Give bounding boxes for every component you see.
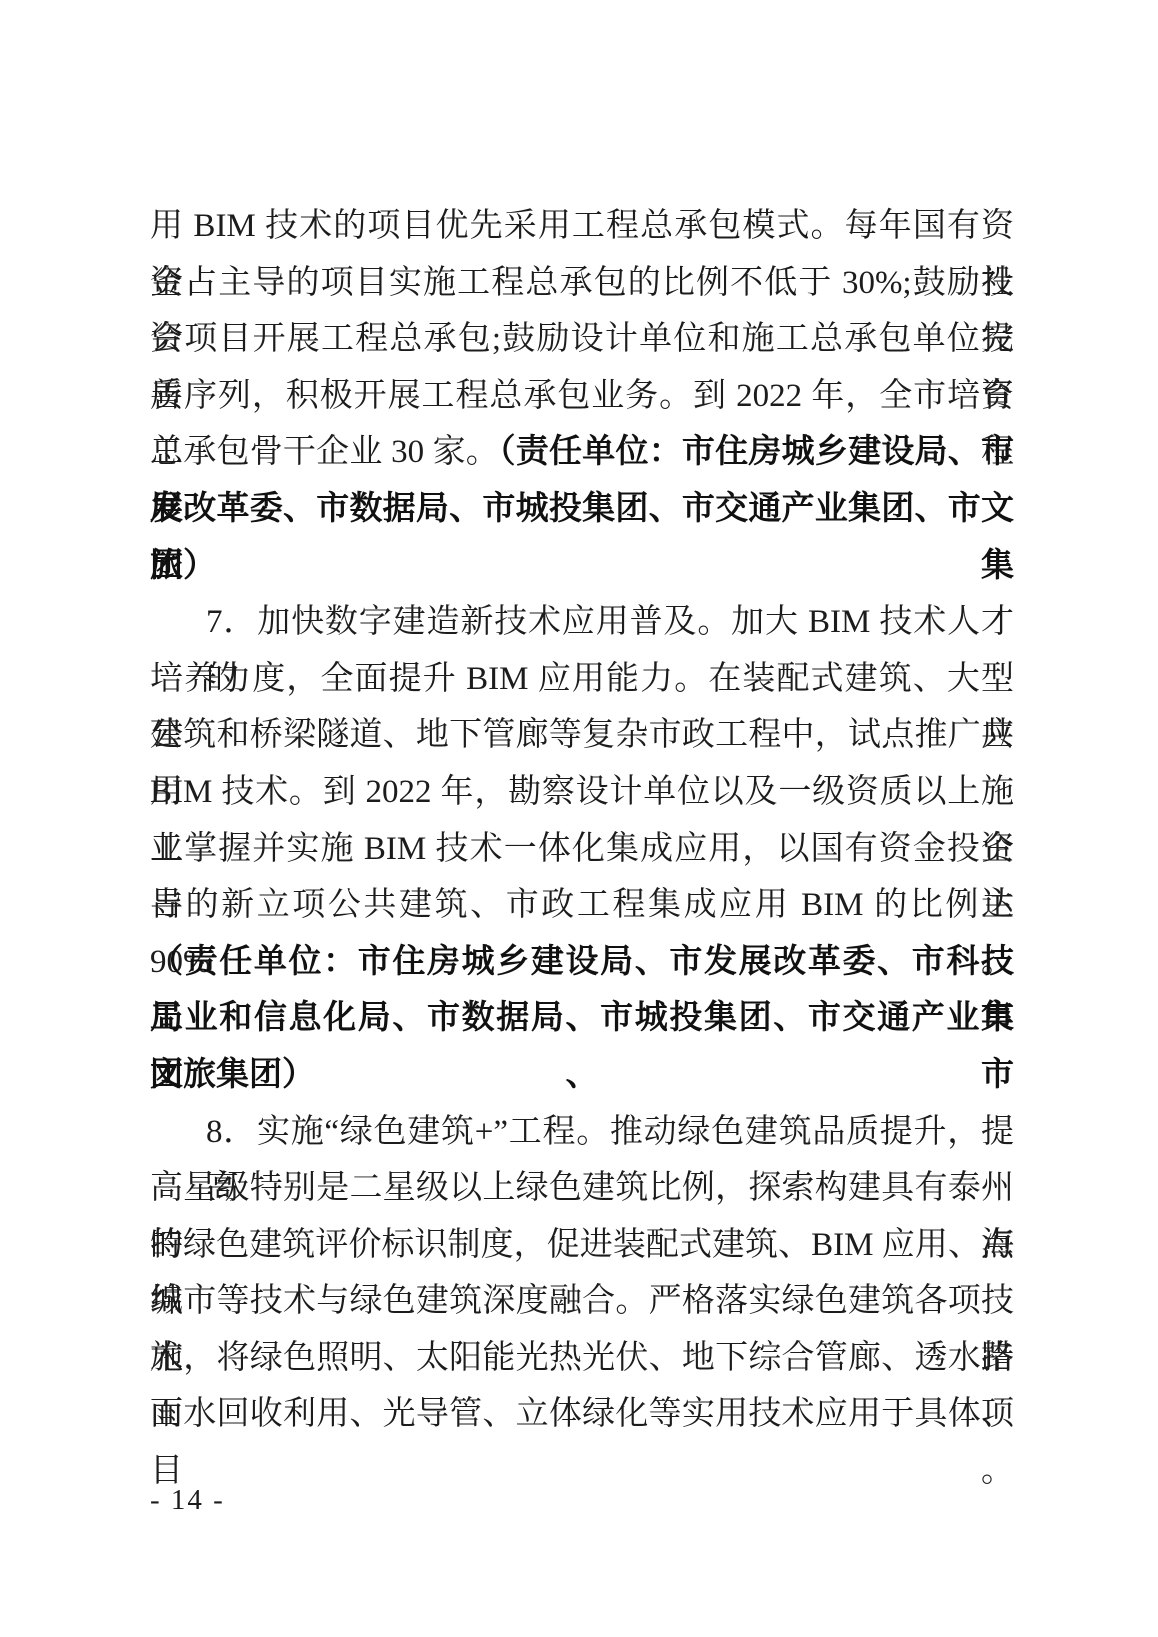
responsibility-unit-text: 团） bbox=[150, 548, 216, 584]
text-line: 施，将绿色照明、太阳能光热光伏、地下综合管廊、透水路面、 bbox=[150, 1330, 1014, 1387]
responsibility-unit-text: 文旅集团） bbox=[150, 1057, 315, 1093]
text-line: 7．加快数字建造新技术应用普及。加大 BIM 技术人才的 bbox=[150, 594, 1014, 651]
text-line: 资项目开展工程总承包;鼓励设计单位和施工总承包单位完善资 bbox=[150, 311, 1014, 368]
text-line: （责任单位：市住房城乡建设局、市发展改革委、市科技局、市 bbox=[150, 934, 1014, 991]
text-line: 导的新立项公共建筑、市政工程集成应用 BIM 的比例达 90%。 bbox=[150, 877, 1014, 934]
text-line: 业掌握并实施 BIM 技术一体化集成应用，以国有资金投资占主 bbox=[150, 821, 1014, 878]
document-text: 用 BIM 技术的项目优先采用工程总承包模式。每年国有资金投资占主导的项目实施工… bbox=[150, 198, 1014, 1443]
text-line: 质序列，积极开展工程总承包业务。到 2022 年，全市培育工程 bbox=[150, 368, 1014, 425]
page-number: - 14 - bbox=[150, 1484, 225, 1517]
text-line: 的绿色建筑评价标识制度，促进装配式建筑、BIM 应用、海绵 bbox=[150, 1217, 1014, 1274]
text-line: 展改革委、市数据局、市城投集团、市交通产业集团、市文旅集 bbox=[150, 481, 1014, 538]
document-page: 用 BIM 技术的项目优先采用工程总承包模式。每年国有资金投资占主导的项目实施工… bbox=[0, 0, 1158, 1637]
text-line: 建筑和桥梁隧道、地下管廊等复杂市政工程中，试点推广应用 bbox=[150, 707, 1014, 764]
body-text: 雨水回收利用、光导管、立体绿化等实用技术应用于具体项目。 bbox=[150, 1396, 1014, 1489]
text-line: 8．实施“绿色建筑+”工程。推动绿色建筑品质提升，提高 bbox=[150, 1104, 1014, 1161]
text-line: BIM 技术。到 2022 年，勘察设计单位以及一级资质以上施工企 bbox=[150, 764, 1014, 821]
text-line: 雨水回收利用、光导管、立体绿化等实用技术应用于具体项目。 bbox=[150, 1386, 1014, 1443]
text-line: 总承包骨干企业 30 家。（责任单位：市住房城乡建设局、市发 bbox=[150, 424, 1014, 481]
body-text: 总承包骨干企业 30 家。 bbox=[150, 434, 499, 470]
text-line: 城市等技术与绿色建筑深度融合。严格落实绿色建筑各项技术措 bbox=[150, 1273, 1014, 1330]
text-line: 用 BIM 技术的项目优先采用工程总承包模式。每年国有资金投 bbox=[150, 198, 1014, 255]
text-line: 高星级特别是二星级以上绿色建筑比例，探索构建具有泰州特点 bbox=[150, 1160, 1014, 1217]
text-line: 资占主导的项目实施工程总承包的比例不低于 30%;鼓励社会投 bbox=[150, 255, 1014, 312]
text-line: 培养力度，全面提升 BIM 应用能力。在装配式建筑、大型公共 bbox=[150, 651, 1014, 708]
text-line: 工业和信息化局、市数据局、市城投集团、市交通产业集团、市 bbox=[150, 990, 1014, 1047]
responsibility-unit-text: 展改革委、市数据局、市城投集团、市交通产业集团、市文旅集 bbox=[150, 491, 1014, 584]
